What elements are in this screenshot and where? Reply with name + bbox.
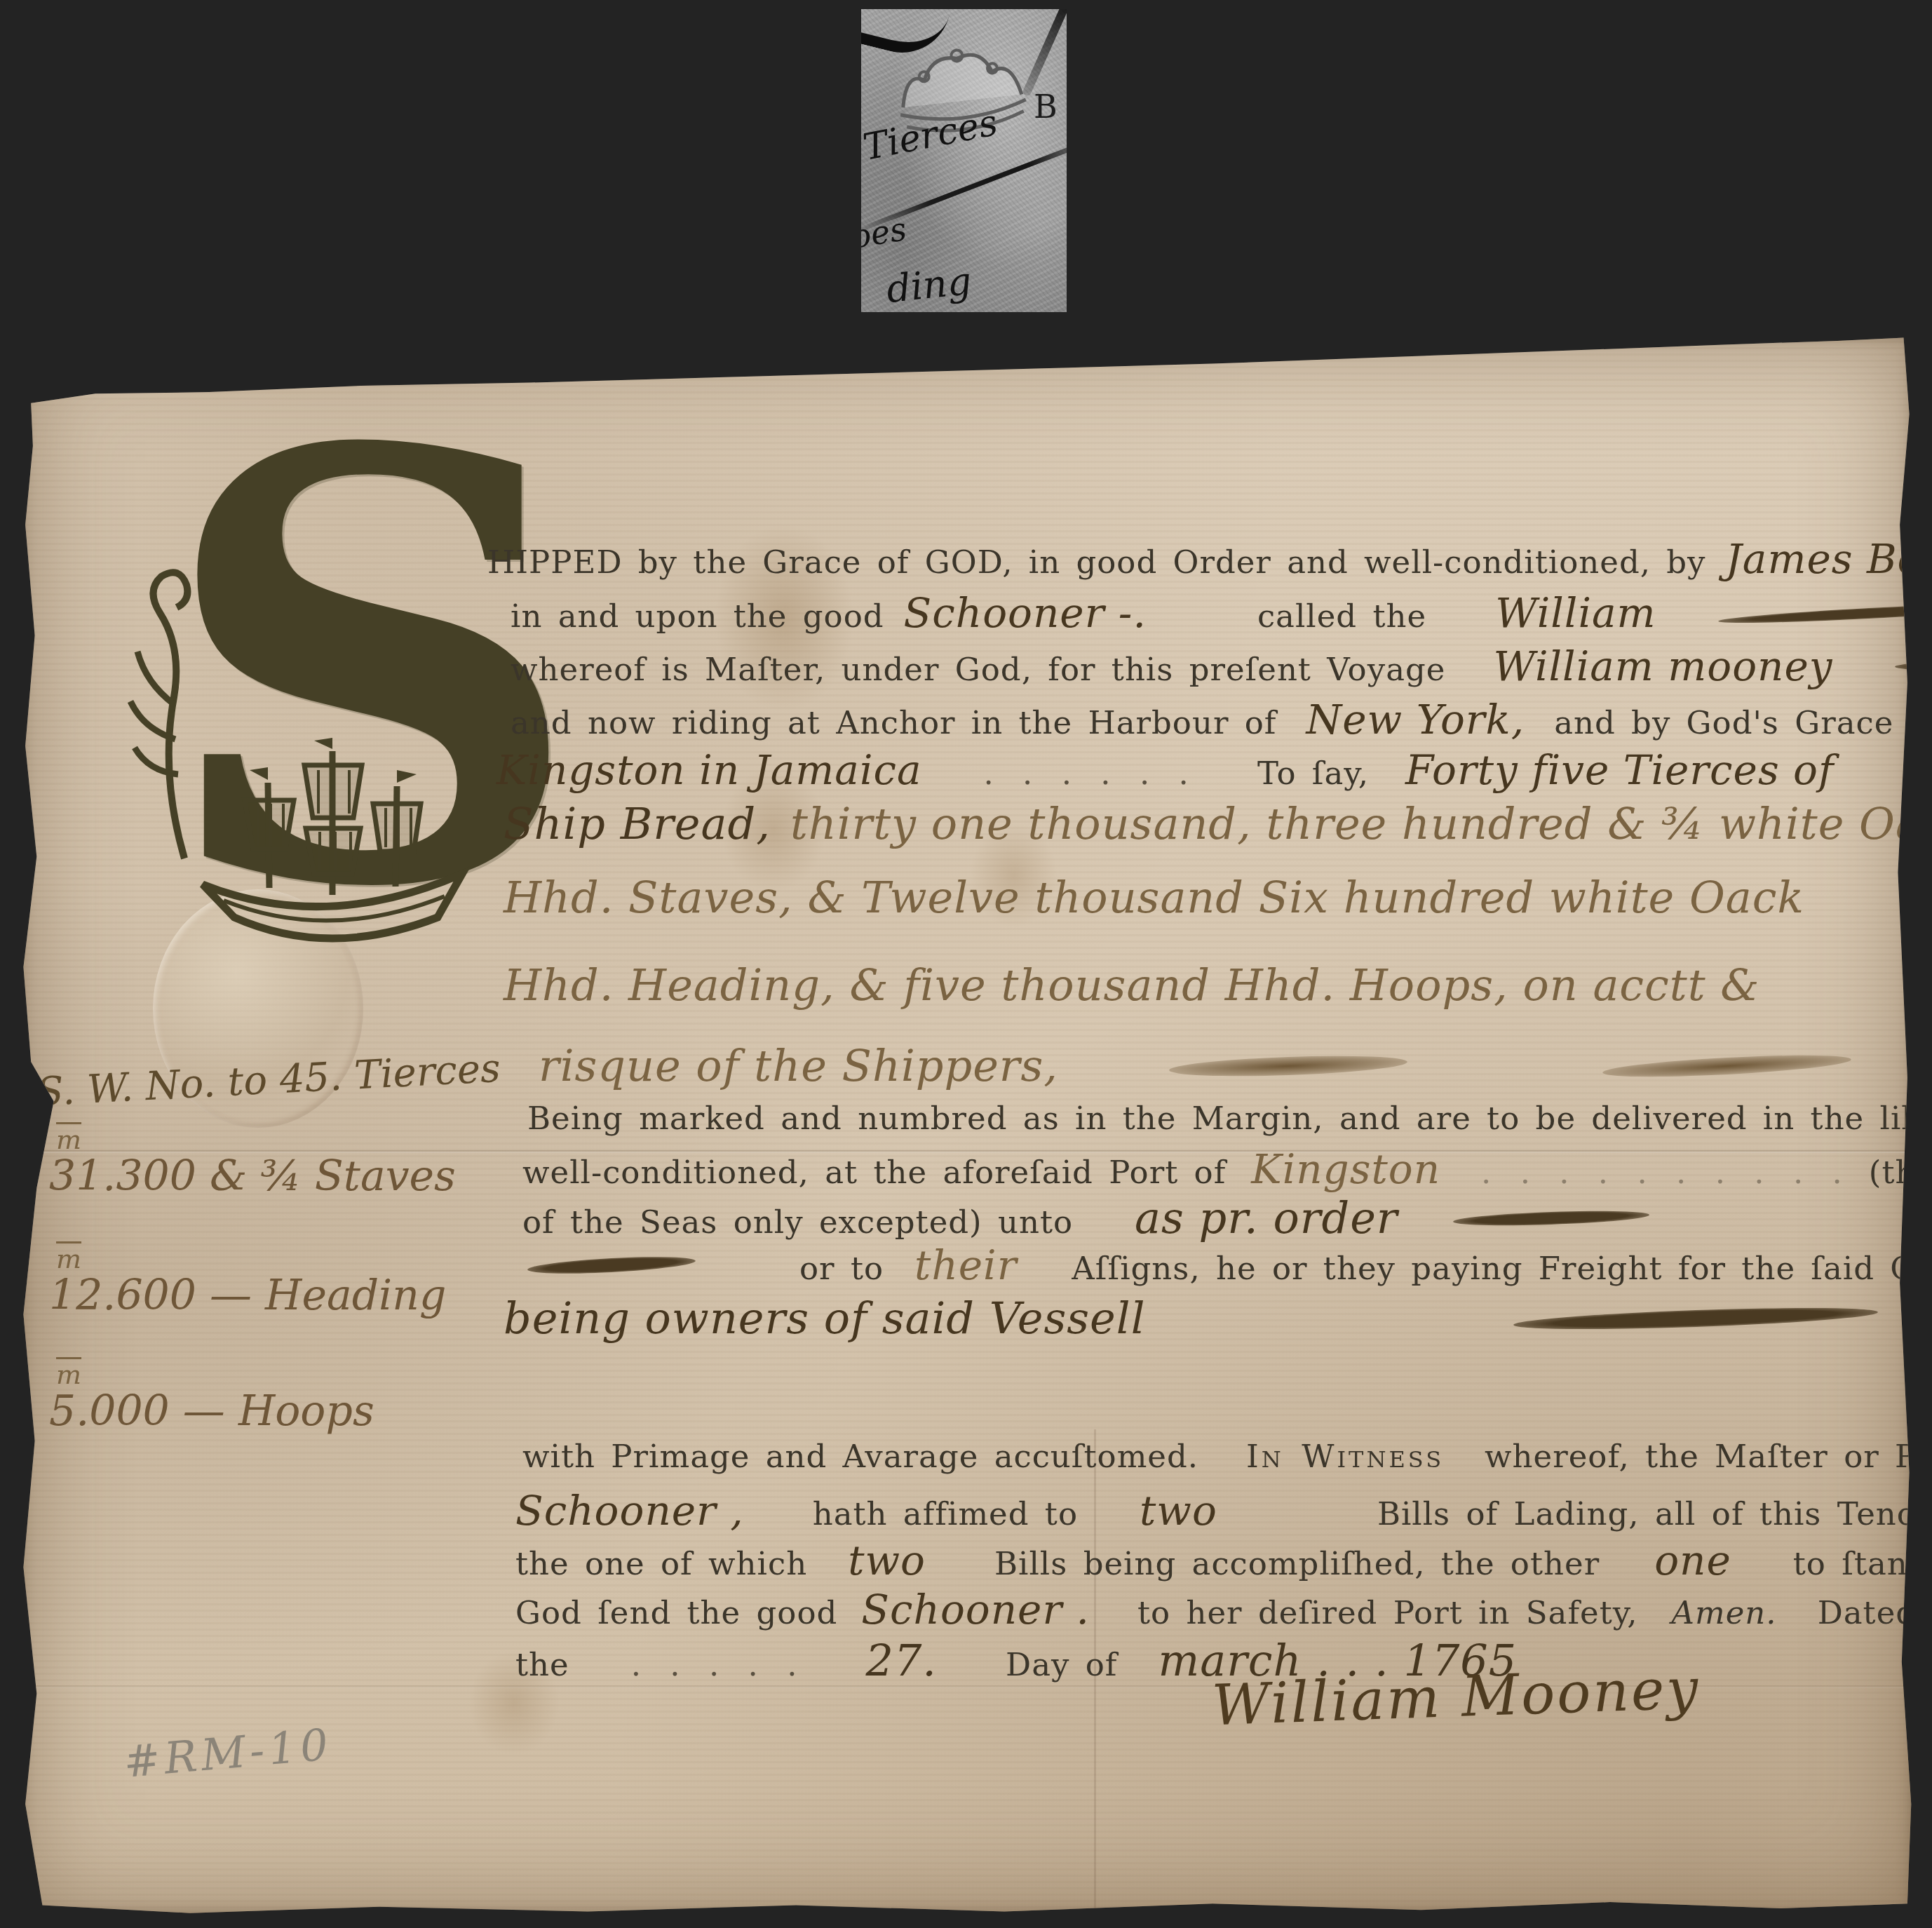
print-text: with Primage and Avarage accuſtomed. bbox=[522, 1438, 1198, 1475]
print-text: (the Danger bbox=[1869, 1154, 1932, 1191]
handwritten-text: Ship Bread, bbox=[504, 798, 771, 849]
handwritten-text: two bbox=[848, 1537, 926, 1584]
ink-flourish bbox=[1895, 661, 1932, 672]
print-text: Being marked and numbred as in the Margi… bbox=[527, 1100, 1932, 1137]
margin-mark: m bbox=[56, 1128, 456, 1152]
margin-mark: m bbox=[56, 1363, 374, 1387]
handwritten-text: Schooner , bbox=[515, 1487, 744, 1535]
print-italic: Amen. bbox=[1672, 1594, 1777, 1631]
margin-row: m 12.600 — Heading bbox=[49, 1247, 446, 1320]
text-line-14: being owners of said Vessell bbox=[504, 1293, 1878, 1344]
handwritten-text: thirty one thousand, three hundred & ¾ w… bbox=[790, 798, 1932, 849]
print-text: in and upon the good bbox=[511, 598, 884, 635]
print-smallcaps: In Witness bbox=[1246, 1438, 1444, 1475]
handwritten-text: risque of the Shippers, bbox=[539, 1040, 1058, 1091]
ink-dots: . . . . . . bbox=[984, 755, 1196, 792]
catalog-number: #RM-10 bbox=[121, 1718, 334, 1788]
text-line-7: Hhd. Staves, & Twelve thousand Six hundr… bbox=[504, 872, 1804, 923]
ink-flourish bbox=[1169, 1053, 1408, 1079]
thumb-letter-b: B bbox=[1034, 88, 1058, 126]
text-line-9: risque of the Shippers, bbox=[539, 1040, 1851, 1091]
print-text: God ſend the good bbox=[515, 1594, 837, 1631]
print-text: Bills being accompliſhed, the other bbox=[994, 1545, 1600, 1582]
handwritten-text: James Beekman & Co bbox=[1726, 535, 1932, 583]
handwritten-text: 27. bbox=[865, 1635, 937, 1686]
handwritten-text: Kingston bbox=[1251, 1145, 1440, 1193]
text-line-17: the one of which two Bills being accompl… bbox=[515, 1537, 1932, 1584]
print-text: Day of bbox=[1006, 1646, 1117, 1683]
print-text: HIPPED by the Grace of GOD, in good Orde… bbox=[487, 544, 1706, 581]
ink-flourish bbox=[1452, 1208, 1649, 1228]
handwritten-text: Schooner -. bbox=[904, 589, 1147, 637]
print-text: Dated in bbox=[1818, 1594, 1932, 1631]
handwritten-text: New York, bbox=[1306, 696, 1525, 743]
ink-flourish bbox=[527, 1254, 696, 1277]
handwritten-text: Kingston in Jamaica bbox=[496, 746, 922, 794]
drop-cap-initial: S bbox=[130, 481, 534, 1014]
margin-row: m 5.000 — Hoops bbox=[49, 1363, 374, 1436]
text-line-3: whereof is Maſter, under God, for this p… bbox=[511, 642, 1932, 690]
ink-flourish bbox=[1602, 1051, 1852, 1081]
print-text: the bbox=[515, 1646, 569, 1683]
text-line-16: Schooner , hath affimed to two Bills of … bbox=[515, 1487, 1932, 1535]
photo-background: Tierces oes ding B S bbox=[0, 0, 1932, 1928]
margin-value: 5.000 — Hoops bbox=[49, 1387, 374, 1436]
margin-row: m 31.300 & ¾ Staves bbox=[49, 1128, 456, 1201]
text-line-1: HIPPED by the Grace of GOD, in good Orde… bbox=[487, 535, 1922, 583]
text-line-4: and now riding at Anchor in the Harbour … bbox=[511, 696, 1932, 743]
text-line-13: or to their Aſſigns, he or they paying F… bbox=[527, 1241, 1932, 1289]
print-text: Aſſigns, he or they paying Freight for t… bbox=[1072, 1250, 1932, 1287]
text-line-18: God ſend the good Schooner . to her deſi… bbox=[515, 1586, 1932, 1633]
print-text: and now riding at Anchor in the Harbour … bbox=[511, 704, 1277, 741]
detail-thumbnail: Tierces oes ding B bbox=[861, 9, 1067, 312]
text-line-8: Hhd. Heading, & five thousand Hhd. Hoops… bbox=[504, 959, 1760, 1011]
print-text: whereof is Maſter, under God, for this p… bbox=[511, 651, 1445, 688]
margin-value: 31.300 & ¾ Staves bbox=[49, 1152, 456, 1201]
print-text: the one of which bbox=[515, 1545, 807, 1582]
print-text: Bills of Lading, all of this Tenor and D… bbox=[1377, 1495, 1932, 1532]
ink-dots: . . . . . bbox=[631, 1646, 804, 1683]
margin-mark: m bbox=[56, 1247, 446, 1271]
handwritten-text: one bbox=[1654, 1537, 1731, 1584]
handwritten-text: their bbox=[914, 1241, 1017, 1289]
text-line-12: of the Seas only excepted) unto as pr. o… bbox=[522, 1192, 1649, 1243]
text-line-6: Ship Bread, thirty one thousand, three h… bbox=[504, 798, 1932, 849]
text-line-11: well-conditioned, at the aforeſaid Port … bbox=[522, 1145, 1921, 1193]
print-text: well-conditioned, at the aforeſaid Port … bbox=[522, 1154, 1226, 1191]
print-text: and by God's Grace bound for bbox=[1554, 704, 1932, 741]
thumb-script-ding: ding bbox=[884, 259, 973, 311]
print-text: to her deſired Port in Safety, bbox=[1137, 1594, 1638, 1631]
handwritten-text: William mooney bbox=[1493, 642, 1832, 690]
bill-of-lading-document: S HIPPED by the Grace of GOD, in bbox=[20, 335, 1913, 1915]
text-line-2: in and upon the good Schooner -. called … bbox=[511, 589, 1932, 637]
text-line-5: Kingston in Jamaica . . . . . . To ſay, … bbox=[496, 746, 1834, 794]
handwritten-text: Schooner . bbox=[861, 1586, 1090, 1633]
ink-flourish bbox=[1717, 600, 1932, 626]
print-text: or to bbox=[799, 1250, 884, 1287]
ink-dots: . . . . . . . . . . bbox=[1481, 1154, 1849, 1191]
text-line-15: with Primage and Avarage accuſtomed. In … bbox=[522, 1438, 1932, 1475]
handwritten-text: as pr. order bbox=[1135, 1192, 1398, 1243]
print-text: whereof, the Maſter or Purſer of the ſai… bbox=[1485, 1438, 1932, 1475]
margin-value: 12.600 — Heading bbox=[49, 1271, 446, 1320]
print-text: To ſay, bbox=[1257, 755, 1369, 792]
handwritten-text: William bbox=[1495, 589, 1656, 637]
text-line-10: Being marked and numbred as in the Margi… bbox=[527, 1100, 1932, 1137]
handwritten-text: Forty five Tierces of bbox=[1405, 746, 1834, 794]
handwritten-text: being owners of said Vessell bbox=[504, 1293, 1145, 1344]
handwritten-text: two bbox=[1140, 1487, 1217, 1535]
handwritten-text: Hhd. Staves, & Twelve thousand Six hundr… bbox=[504, 872, 1804, 923]
print-text: of the Seas only excepted) unto bbox=[522, 1204, 1073, 1241]
handwritten-text: Hhd. Heading, & five thousand Hhd. Hoops… bbox=[504, 959, 1760, 1011]
ink-flourish bbox=[1513, 1303, 1879, 1333]
print-text: to ſtand void. And ſo bbox=[1793, 1545, 1932, 1582]
ship-woodcut-icon bbox=[185, 734, 480, 965]
print-text: called the bbox=[1257, 598, 1426, 635]
print-text: hath affimed to bbox=[813, 1495, 1078, 1532]
